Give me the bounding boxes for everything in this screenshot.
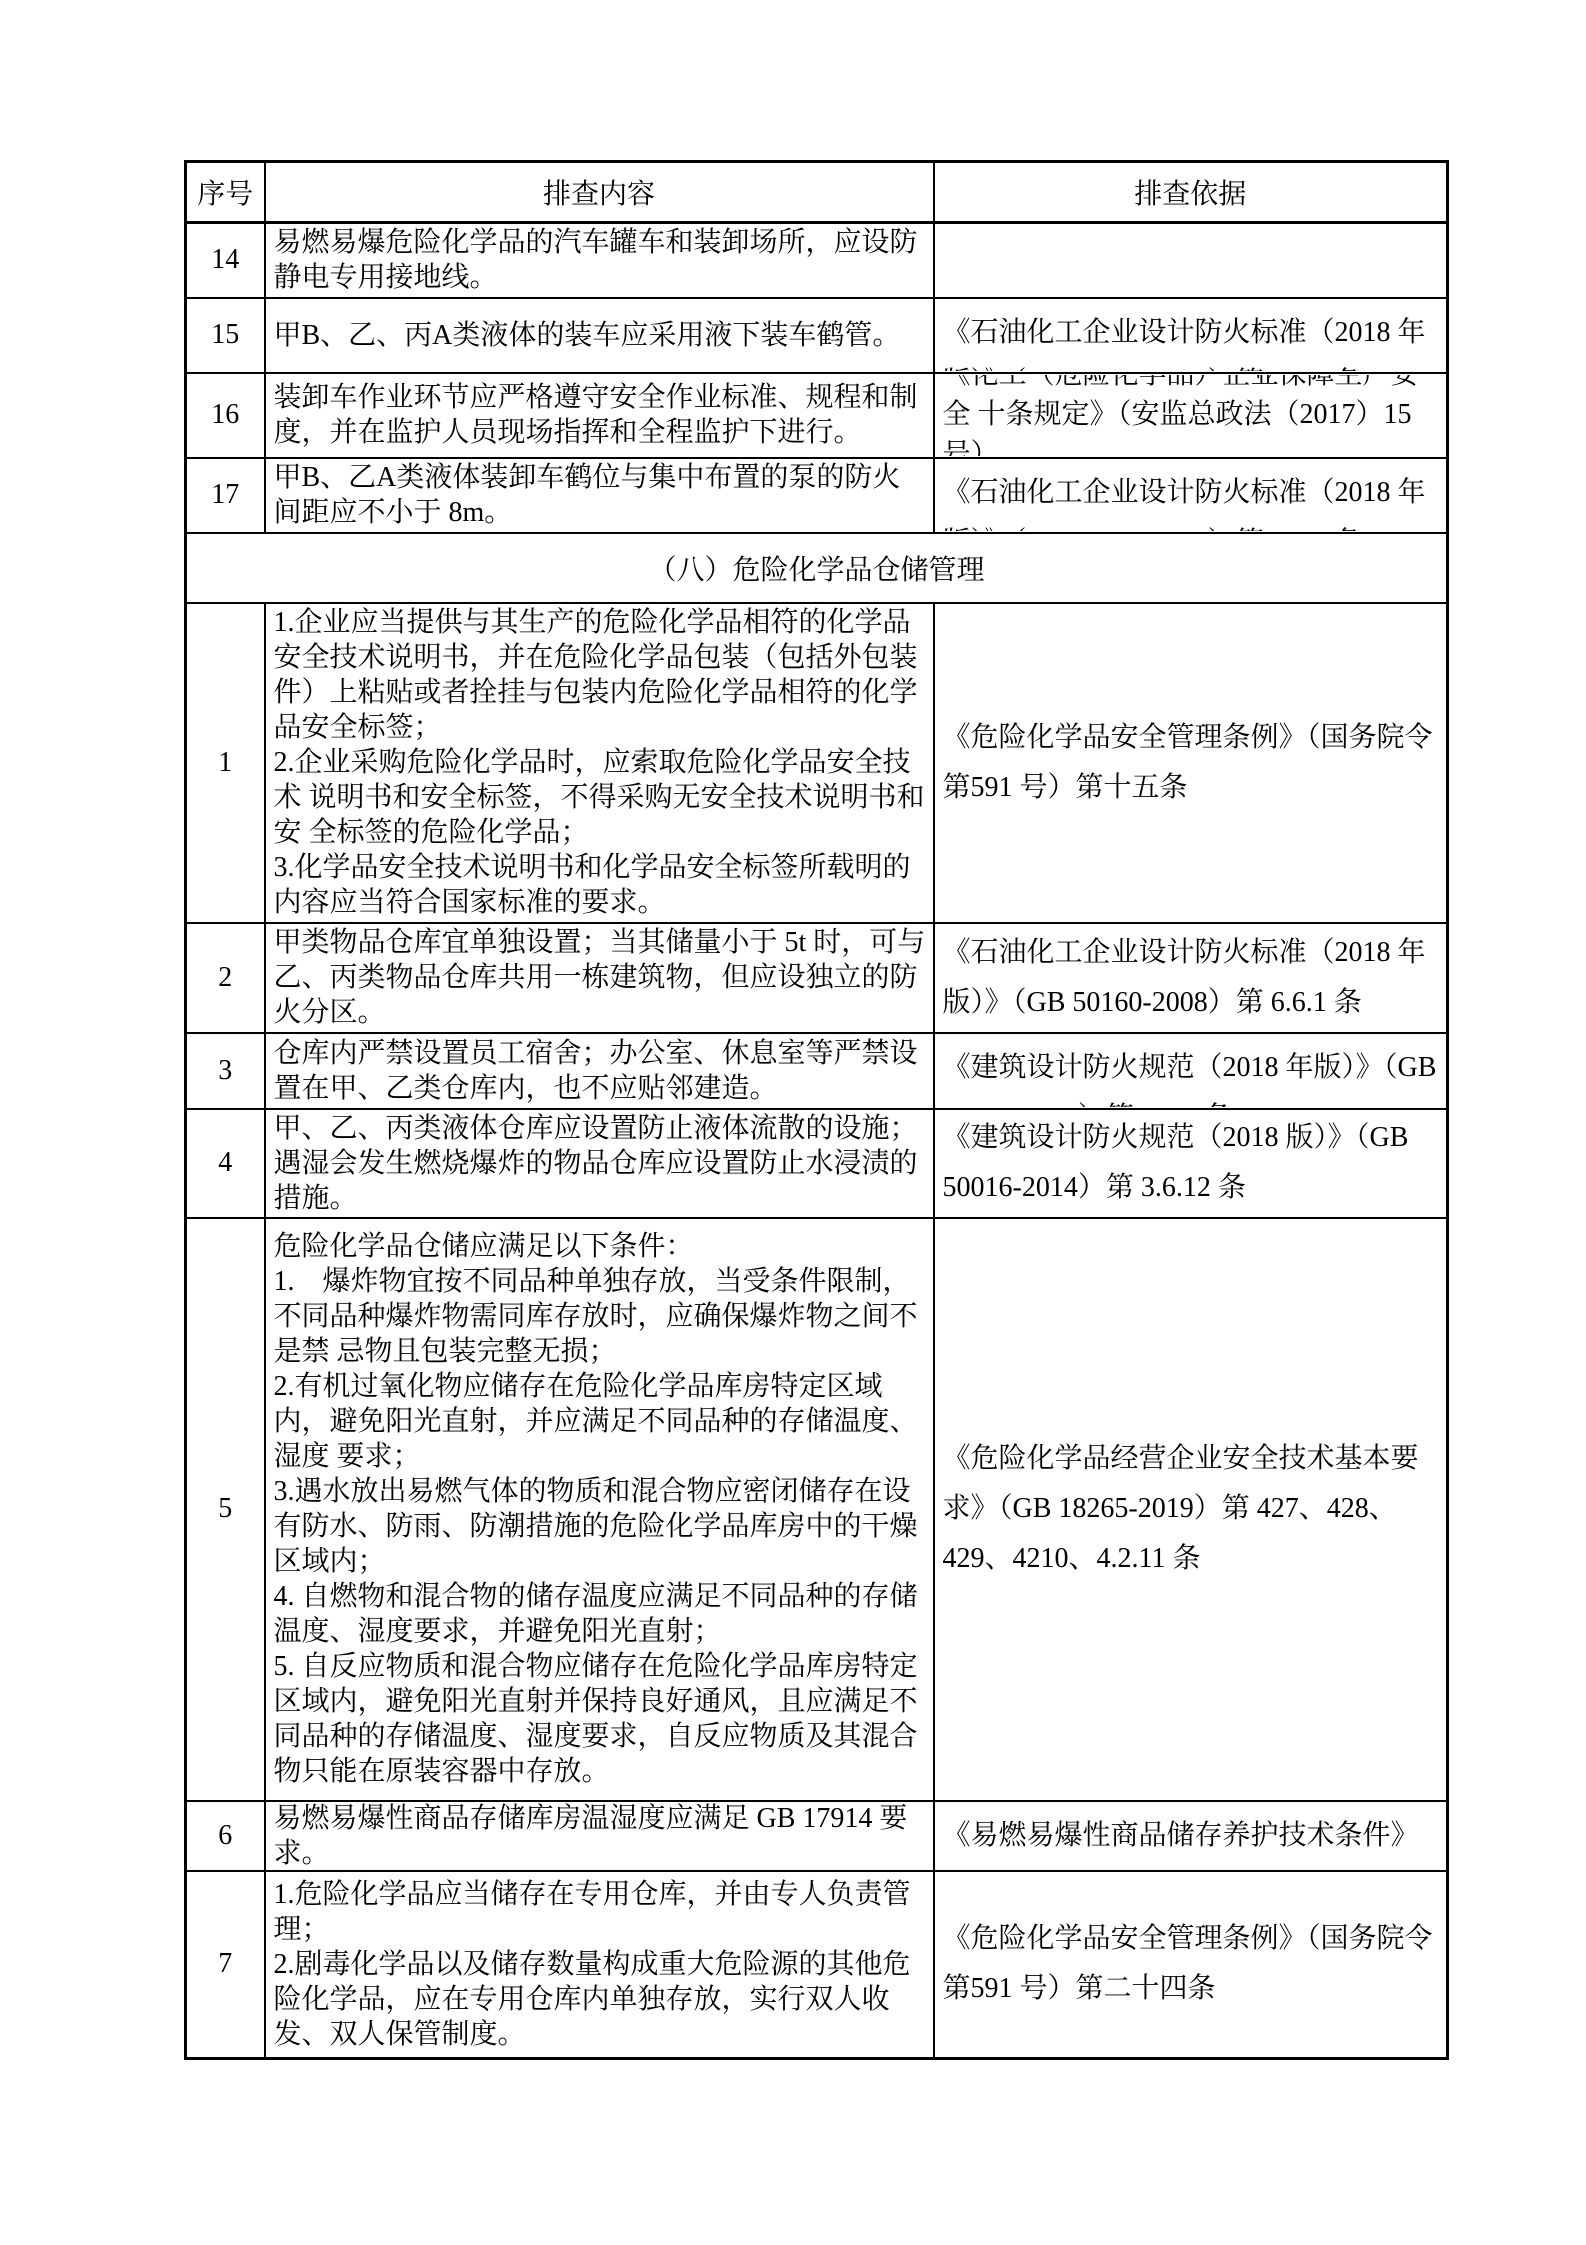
basis-cell — [934, 223, 1448, 298]
content-paragraph: 1. 爆炸物宜按不同品种单独存放，当受条件限制，不同品种爆炸物需同库存放时，应确… — [274, 1264, 927, 1369]
row-number: 3 — [186, 1033, 265, 1109]
row-number: 15 — [186, 298, 265, 373]
content-cell: 易燃易爆性商品存储库房温湿度应满足 GB 17914 要 求。 — [265, 1801, 934, 1871]
inspection-table-wrap: 序号 排查内容 排查依据 14易燃易爆危险化学品的汽车罐车和装卸场所，应设防 静… — [184, 160, 1449, 2060]
table-row: 15甲B、乙、丙A类液体的装车应采用液下装车鹤管。《石油化工企业设计防火标准（2… — [186, 298, 1448, 373]
basis-text: 《危险化学品安全管理条例》（国务院令 第591 号）第十五条 — [943, 713, 1441, 813]
row-number: 4 — [186, 1109, 265, 1218]
table-row: 3仓库内严禁设置员工宿舍；办公室、休息室等严禁设 置在甲、乙类仓库内，也不应贴邻… — [186, 1033, 1448, 1109]
basis-text: 《化工（危险化学品）企业保障生产安全 十条规定》（安监总政法（2017）15 号… — [943, 375, 1441, 456]
section-header: （八）危险化学品仓储管理 — [186, 533, 1448, 603]
basis-text: 《危险化学品经营企业安全技术基本要 求》（GB 18265-2019）第 427… — [943, 1434, 1441, 1584]
basis-cell: 《石油化工企业设计防火标准（2018 年版）》（GB 50160-2008）第 … — [934, 298, 1448, 373]
row-number: 2 — [186, 923, 265, 1033]
basis-text: 《建筑设计防火规范（2018 版）》（GB 50016-2014）第 3.6.1… — [943, 1113, 1441, 1213]
content-paragraph: 1.危险化学品应当储存在专用仓库，并由专人负责管 理； — [274, 1877, 927, 1947]
content-cell: 易燃易爆危险化学品的汽车罐车和装卸场所，应设防 静电专用接地线。 — [265, 223, 934, 298]
content-paragraph: 甲B、乙A类液体装卸车鹤位与集中布置的泵的防火 间距应不小于 8m。 — [274, 460, 927, 530]
basis-text: 《石油化工企业设计防火标准（2018 年版）》（GB 50160-2008）第 … — [943, 928, 1441, 1028]
content-paragraph: 危险化学品仓储应满足以下条件： — [274, 1229, 927, 1264]
row-number: 6 — [186, 1801, 265, 1871]
content-cell: 1.企业应当提供与其生产的危险化学品相符的化学品 安全技术说明书，并在危险化学品… — [265, 603, 934, 923]
row-number: 17 — [186, 458, 265, 533]
content-paragraph: 仓库内严禁设置员工宿舍；办公室、休息室等严禁设 置在甲、乙类仓库内，也不应贴邻建… — [274, 1036, 927, 1106]
content-paragraph: 1.企业应当提供与其生产的危险化学品相符的化学品 安全技术说明书，并在危险化学品… — [274, 605, 927, 745]
table-row: 2甲类物品仓库宜单独设置；当其储量小于 5t 时，可与乙、丙类物品仓库共用一栋建… — [186, 923, 1448, 1033]
content-paragraph: 5. 自反应物质和混合物应储存在危险化学品库房特定 区域内，避免阳光直射并保持良… — [274, 1649, 927, 1789]
content-cell: 甲B、乙A类液体装卸车鹤位与集中布置的泵的防火 间距应不小于 8m。 — [265, 458, 934, 533]
table-row: 14易燃易爆危险化学品的汽车罐车和装卸场所，应设防 静电专用接地线。 — [186, 223, 1448, 298]
content-paragraph: 甲B、乙、丙A类液体的装车应采用液下装车鹤管。 — [274, 318, 927, 353]
content-paragraph: 甲、乙、丙类液体仓库应设置防止液体流散的设施；遇湿会发生燃烧爆炸的物品仓库应设置… — [274, 1111, 927, 1216]
content-paragraph: 易燃易爆性商品存储库房温湿度应满足 GB 17914 要 求。 — [274, 1803, 927, 1869]
content-paragraph: 2.剧毒化学品以及储存数量构成重大危险源的其他危 险化学品，应在专用仓库内单独存… — [274, 1947, 927, 2052]
row-number: 16 — [186, 373, 265, 458]
content-cell: 甲类物品仓库宜单独设置；当其储量小于 5t 时，可与乙、丙类物品仓库共用一栋建筑… — [265, 923, 934, 1033]
content-paragraph: 易燃易爆危险化学品的汽车罐车和装卸场所，应设防 静电专用接地线。 — [274, 225, 927, 295]
content-cell: 1.危险化学品应当储存在专用仓库，并由专人负责管 理；2.剧毒化学品以及储存数量… — [265, 1871, 934, 2059]
basis-cell: 《化工（危险化学品）企业保障生产安全 十条规定》（安监总政法（2017）15 号… — [934, 373, 1448, 458]
table-row: 11.企业应当提供与其生产的危险化学品相符的化学品 安全技术说明书，并在危险化学… — [186, 603, 1448, 923]
section-row: （八）危险化学品仓储管理 — [186, 533, 1448, 603]
row-number: 14 — [186, 223, 265, 298]
row-number: 7 — [186, 1871, 265, 2059]
content-cell: 仓库内严禁设置员工宿舍；办公室、休息室等严禁设 置在甲、乙类仓库内，也不应贴邻建… — [265, 1033, 934, 1109]
content-paragraph: 3.遇水放出易燃气体的物质和混合物应密闭储存在设 有防水、防雨、防潮措施的危险化… — [274, 1474, 927, 1579]
basis-cell: 《建筑设计防火规范（2018 版）》（GB 50016-2014）第 3.6.1… — [934, 1109, 1448, 1218]
header-row: 序号 排查内容 排查依据 — [186, 162, 1448, 223]
basis-cell: 《危险化学品安全管理条例》（国务院令 第591 号）第二十四条 — [934, 1871, 1448, 2059]
content-paragraph: 2.有机过氧化物应储存在危险化学品库房特定区域内，避免阳光直射，并应满足不同品种… — [274, 1369, 927, 1474]
content-cell: 甲B、乙、丙A类液体的装车应采用液下装车鹤管。 — [265, 298, 934, 373]
basis-text: 《石油化工企业设计防火标准（2018 年版）》（GB 50160-2008）第 … — [943, 468, 1441, 531]
row-number: 1 — [186, 603, 265, 923]
basis-cell: 《危险化学品经营企业安全技术基本要 求》（GB 18265-2019）第 427… — [934, 1218, 1448, 1801]
content-cell: 装卸车作业环节应严格遵守安全作业标准、规程和制 度，并在监护人员现场指挥和全程监… — [265, 373, 934, 458]
content-paragraph: 4. 自燃物和混合物的储存温度应满足不同品种的存储 温度、湿度要求，并避免阳光直… — [274, 1579, 927, 1649]
table-row: 71.危险化学品应当储存在专用仓库，并由专人负责管 理；2.剧毒化学品以及储存数… — [186, 1871, 1448, 2059]
table-row: 6易燃易爆性商品存储库房温湿度应满足 GB 17914 要 求。《易燃易爆性商品… — [186, 1801, 1448, 1871]
basis-cell: 《石油化工企业设计防火标准（2018 年版）》（GB 50160-2008）第 … — [934, 923, 1448, 1033]
table-row: 16装卸车作业环节应严格遵守安全作业标准、规程和制 度，并在监护人员现场指挥和全… — [186, 373, 1448, 458]
page: { "table": { "headers": { "no": "序号", "c… — [0, 0, 1586, 2245]
row-number: 5 — [186, 1218, 265, 1801]
inspection-table: 序号 排查内容 排查依据 14易燃易爆危险化学品的汽车罐车和装卸场所，应设防 静… — [184, 160, 1449, 2060]
basis-cell: 《易燃易爆性商品储存养护技术条件》（GB 17914-2013）第 4.5 条 — [934, 1801, 1448, 1871]
content-cell: 危险化学品仓储应满足以下条件：1. 爆炸物宜按不同品种单独存放，当受条件限制，不… — [265, 1218, 934, 1801]
table-row: 4甲、乙、丙类液体仓库应设置防止液体流散的设施；遇湿会发生燃烧爆炸的物品仓库应设… — [186, 1109, 1448, 1218]
table-row: 17甲B、乙A类液体装卸车鹤位与集中布置的泵的防火 间距应不小于 8m。《石油化… — [186, 458, 1448, 533]
basis-text: 《石油化工企业设计防火标准（2018 年版）》（GB 50160-2008）第 … — [943, 308, 1441, 371]
header-cell-basis: 排查依据 — [934, 162, 1448, 223]
content-paragraph: 3.化学品安全技术说明书和化学品安全标签所载明的 内容应当符合国家标准的要求。 — [274, 850, 927, 920]
basis-text: 《危险化学品安全管理条例》（国务院令 第591 号）第二十四条 — [943, 1914, 1441, 2014]
basis-cell: 《建筑设计防火规范（2018 年版）》（GB 50016-2014）第 3.3.… — [934, 1033, 1448, 1109]
basis-text: 《易燃易爆性商品储存养护技术条件》（GB 17914-2013）第 4.5 条 — [943, 1811, 1441, 1869]
content-cell: 甲、乙、丙类液体仓库应设置防止液体流散的设施；遇湿会发生燃烧爆炸的物品仓库应设置… — [265, 1109, 934, 1218]
content-paragraph: 2.企业采购危险化学品时，应索取危险化学品安全技术 说明书和安全标签，不得采购无… — [274, 745, 927, 850]
basis-text: 《建筑设计防火规范（2018 年版）》（GB 50016-2014）第 3.3.… — [943, 1043, 1441, 1107]
content-paragraph: 甲类物品仓库宜单独设置；当其储量小于 5t 时，可与乙、丙类物品仓库共用一栋建筑… — [274, 925, 927, 1030]
content-paragraph: 装卸车作业环节应严格遵守安全作业标准、规程和制 度，并在监护人员现场指挥和全程监… — [274, 380, 927, 450]
header-cell-content: 排查内容 — [265, 162, 934, 223]
basis-cell: 《危险化学品安全管理条例》（国务院令 第591 号）第十五条 — [934, 603, 1448, 923]
basis-cell: 《石油化工企业设计防火标准（2018 年版）》（GB 50160-2008）第 … — [934, 458, 1448, 533]
header-cell-no: 序号 — [186, 162, 265, 223]
table-row: 5危险化学品仓储应满足以下条件：1. 爆炸物宜按不同品种单独存放，当受条件限制，… — [186, 1218, 1448, 1801]
